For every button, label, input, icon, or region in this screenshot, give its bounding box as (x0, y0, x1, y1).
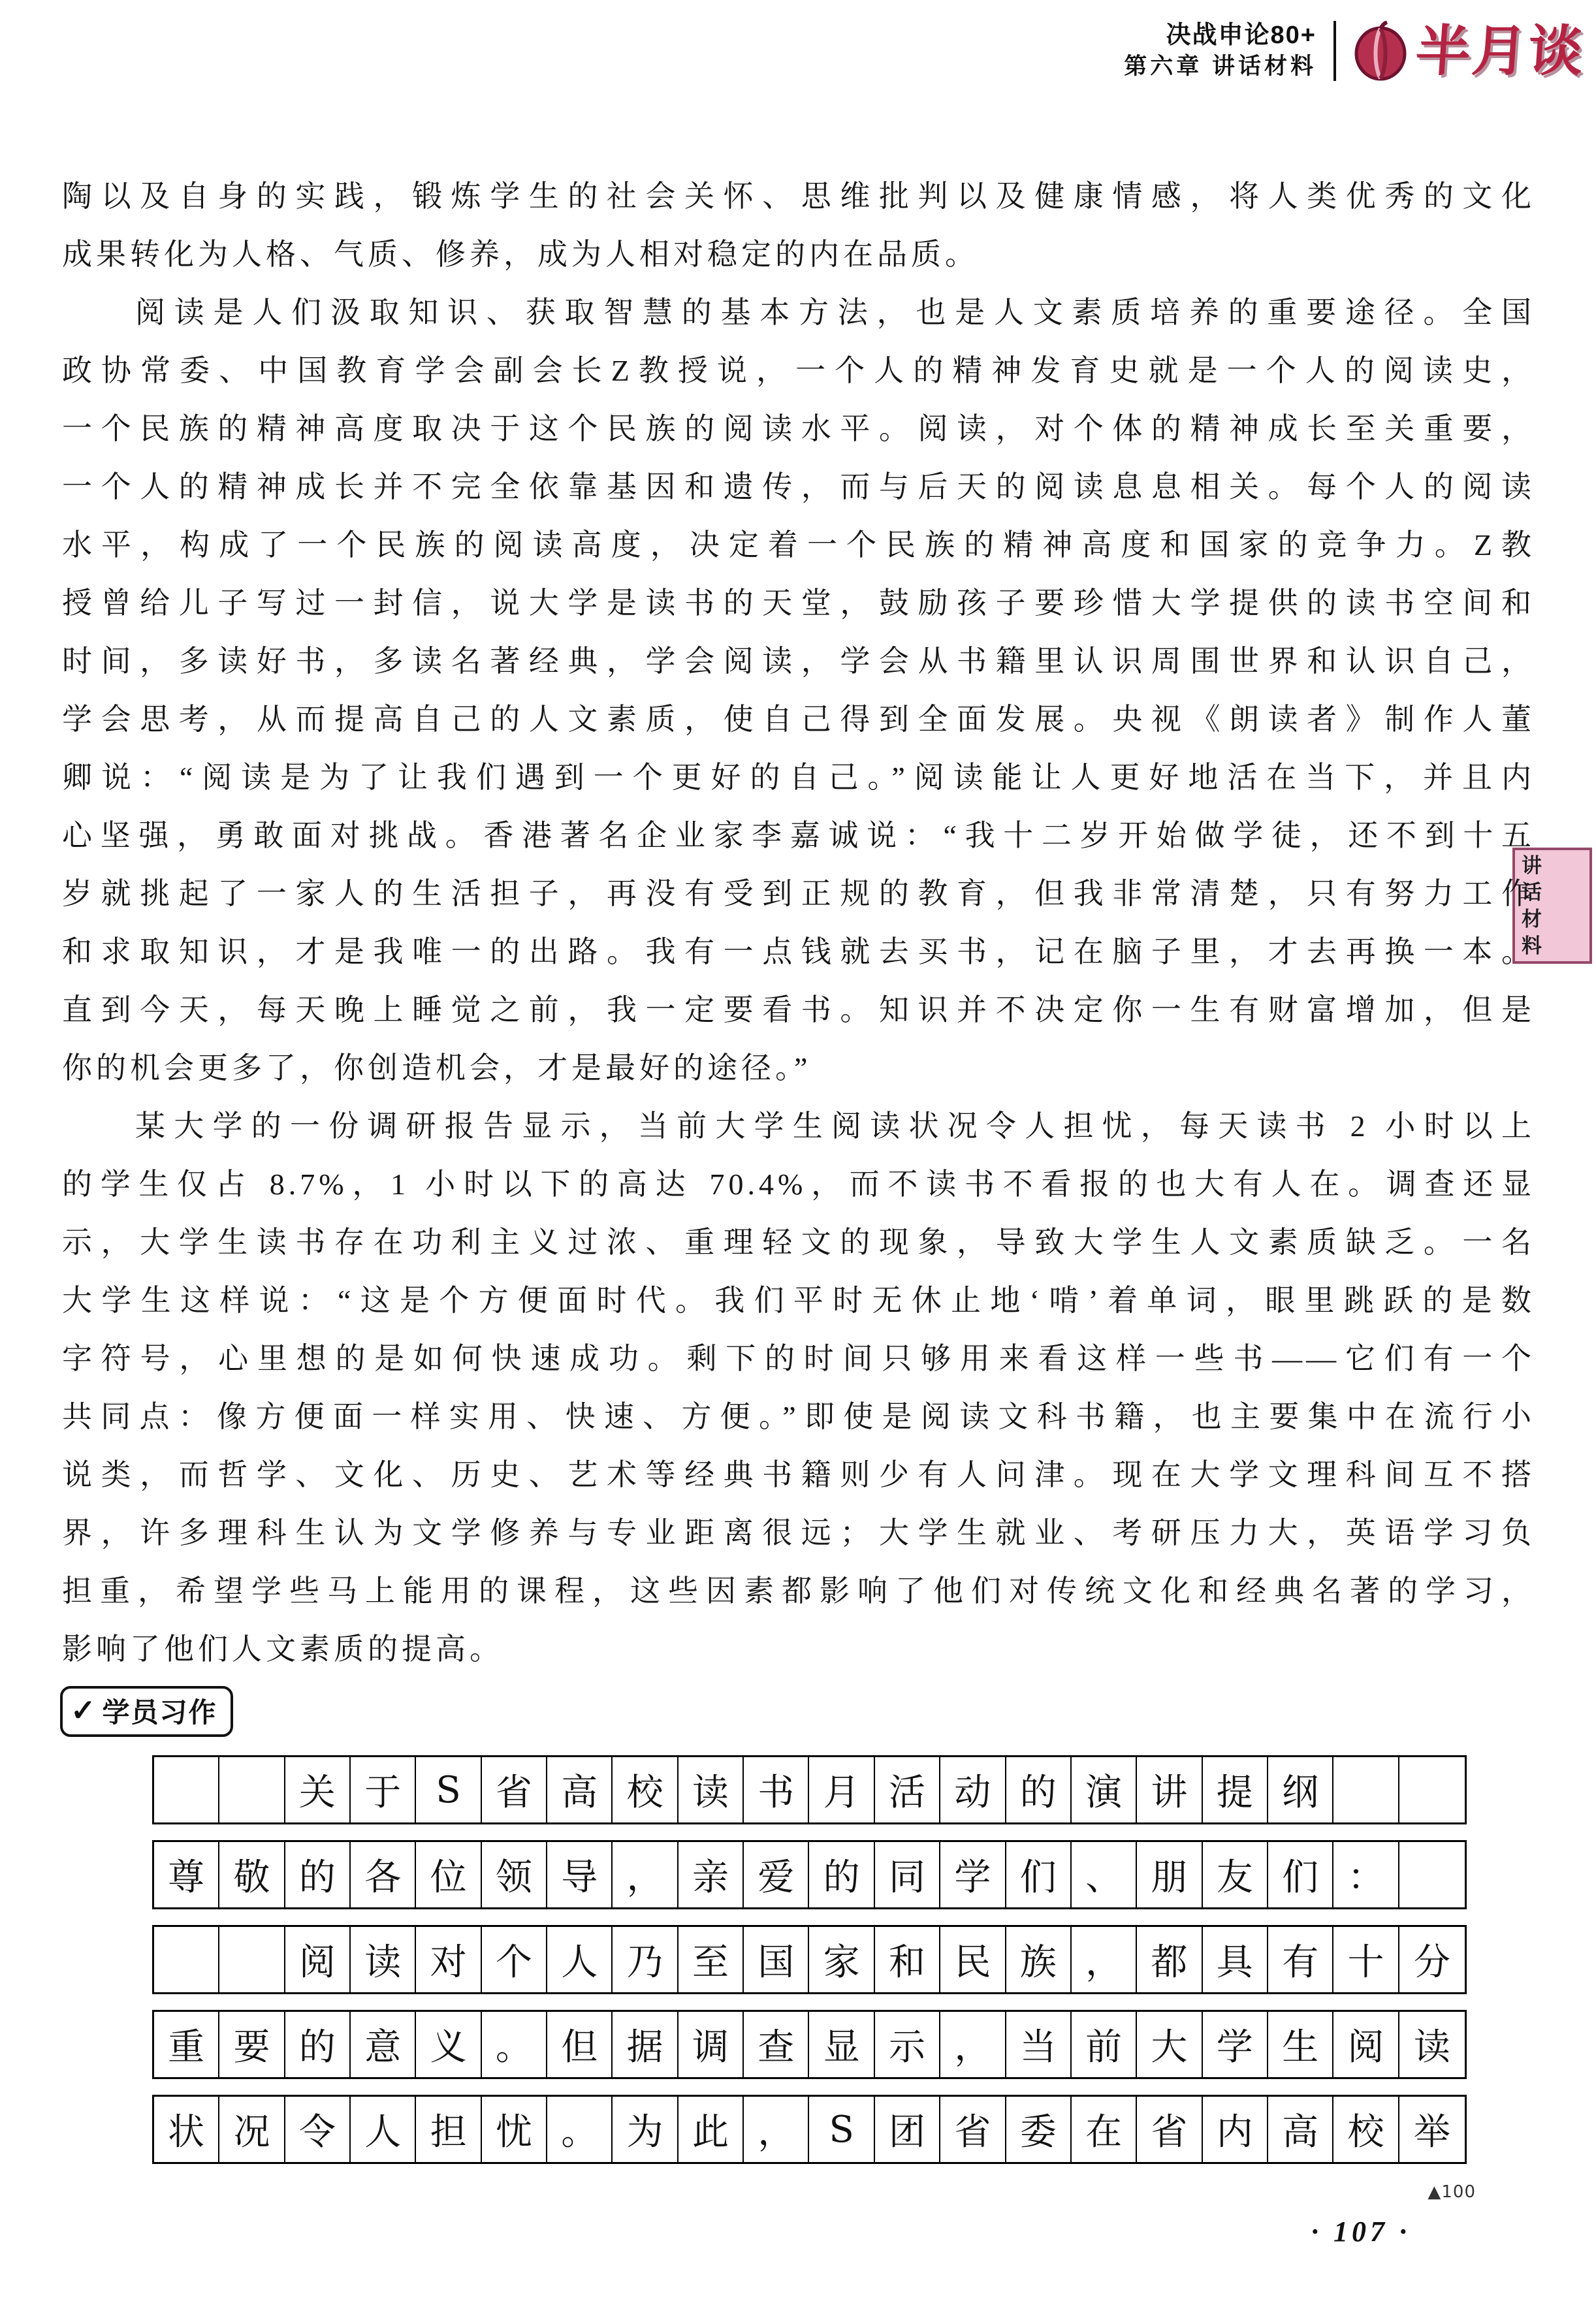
grid-cell: 举 (1399, 2097, 1465, 2162)
grid-cell: 据 (613, 2012, 678, 2077)
grid-cell: ， (744, 2097, 809, 2162)
body-line: 卿说：“阅读是为了让我们遇到一个更好的自己。”阅读能让人更好地活在当下，并且内 (62, 748, 1535, 806)
grid-cell: 为 (613, 2097, 678, 2162)
body-line: 心坚强，勇敢面对挑战。香港著名企业家李嘉诚说：“我十二岁开始做学徒，还不到十五 (62, 806, 1535, 865)
grid-cell: 在 (1072, 2097, 1137, 2162)
grid-cell: 学 (1203, 2012, 1268, 2077)
body-line: 政协常委、中国教育学会副会长Z教授说，一个人的精神发育史就是一个人的阅读史， (62, 342, 1535, 400)
grid-cell: 都 (1137, 1927, 1202, 1992)
grid-cell: ： (1333, 1842, 1399, 1907)
banyuetan-logo: 半月谈 (1353, 21, 1584, 81)
grid-cell: 。 (547, 2097, 613, 2162)
grid-cell: 的 (285, 1842, 351, 1907)
grid-cell: 状 (154, 2097, 219, 2162)
grid-cell: 人 (351, 2097, 416, 2162)
grid-cell: ， (613, 1842, 678, 1907)
grid-cell: 的 (285, 2012, 351, 2077)
header-text-block: 决战申论80+ 第六章 讲话材料 (1124, 20, 1317, 82)
grid-cell: 省 (482, 1757, 547, 1822)
grid-cell (1399, 1757, 1465, 1822)
header-divider (1333, 21, 1336, 81)
apple-logo-icon (1353, 21, 1408, 81)
grid-cell: 读 (678, 1757, 744, 1822)
grid-cell: 忧 (482, 2097, 547, 2162)
body-line: 陶以及自身的实践，锻炼学生的社会关怀、思维批判以及健康情感，将人类优秀的文化 (62, 167, 1535, 225)
grid-cell: 调 (678, 2012, 744, 2077)
grid-cell: 国 (744, 1927, 809, 1992)
grid-cell: 关 (285, 1757, 351, 1822)
body-line: 直到今天，每天晚上睡觉之前，我一定要看书。知识并不决定你一生有财富增加，但是 (62, 981, 1535, 1039)
grid-cell: 亲 (678, 1842, 744, 1907)
grid-cell: 家 (809, 1927, 874, 1992)
grid-cell: 各 (351, 1842, 416, 1907)
grid-cell: 前 (1072, 2012, 1137, 2077)
grid-row-1: 关于S省高校读书月活动的演讲提纲 (152, 1755, 1467, 1824)
grid-cell: 族 (1006, 1927, 1072, 1992)
grid-cell: 敬 (219, 1842, 285, 1907)
grid-cell: 省 (940, 2097, 1006, 2162)
grid-cell: 动 (940, 1757, 1006, 1822)
grid-cell (1399, 1842, 1465, 1907)
body-line: 一个民族的精神高度取决于这个民族的阅读水平。阅读，对个体的精神成长至关重要， (62, 400, 1535, 458)
grid-cell: 友 (1203, 1842, 1268, 1907)
grid-cell: 的 (1006, 1757, 1072, 1822)
grid-cell: 重 (154, 2012, 219, 2077)
grid-cell: 民 (940, 1927, 1006, 1992)
grid-cell: 意 (351, 2012, 416, 2077)
grid-cell: 团 (875, 2097, 940, 2162)
grid-cell: S (809, 2097, 874, 2162)
body-line: 示，大学生读书存在功利主义过浓、重理轻文的现象，导致大学生人文素质缺乏。一名 (62, 1213, 1535, 1271)
page-number: · 107 · (1311, 2215, 1411, 2248)
grid-cell: 校 (613, 1757, 678, 1822)
grid-cell: 十 (1333, 1927, 1399, 1992)
grid-cell: 、 (1072, 1842, 1137, 1907)
grid-cell: 分 (1399, 1927, 1465, 1992)
body-text: 陶以及自身的实践，锻炼学生的社会关怀、思维批判以及健康情感，将人类优秀的文化成果… (62, 167, 1535, 1678)
grid-cell: 们 (1268, 1842, 1333, 1907)
body-line: 时间，多读好书，多读名著经典，学会阅读，学会从书籍里认识周围世界和认识自己， (62, 632, 1535, 690)
body-line: 某大学的一份调研报告显示，当前大学生阅读状况令人担忧，每天读书 2 小时以上 (62, 1097, 1535, 1155)
grid-cell: 显 (809, 2012, 874, 2077)
grid-cell: 要 (219, 2012, 285, 2077)
body-line: 影响了他们人文素质的提高。 (62, 1620, 1535, 1678)
grid-cell: 查 (744, 2012, 809, 2077)
grid-row-2: 尊敬的各位领导，亲爱的同学们、朋友们： (152, 1840, 1467, 1909)
body-line: 说类，而哲学、文化、历史、艺术等经典书籍则少有人问津。现在大学文理科间互不搭 (62, 1446, 1535, 1504)
grid-cell: 担 (416, 2097, 481, 2162)
grid-cell: 校 (1333, 2097, 1399, 2162)
grid-cell: 此 (678, 2097, 744, 2162)
grid-cell (154, 1927, 219, 1992)
grid-cell (154, 1757, 219, 1822)
grid-cell: 书 (744, 1757, 809, 1822)
grid-cell: 令 (285, 2097, 351, 2162)
grid-cell: 具 (1203, 1927, 1268, 1992)
grid-cell: 省 (1137, 2097, 1202, 2162)
grid-cell: 读 (351, 1927, 416, 1992)
body-line: 一个人的精神成长并不完全依靠基因和遗传，而与后天的阅读息息相关。每个人的阅读 (62, 458, 1535, 516)
grid-cell (219, 1757, 285, 1822)
grid-cell: 提 (1203, 1757, 1268, 1822)
grid-row-3: 阅读对个人乃至国家和民族，都具有十分 (152, 1925, 1467, 1994)
grid-cell: 读 (1399, 2012, 1465, 2077)
grid-cell: 活 (875, 1757, 940, 1822)
grid-cell: 有 (1268, 1927, 1333, 1992)
grid-cell: 朋 (1137, 1842, 1202, 1907)
checkmark-icon: ✓ (71, 1694, 96, 1728)
grid-cell: ， (1072, 1927, 1137, 1992)
grid-cell: 对 (416, 1927, 481, 1992)
grid-cell: 高 (547, 1757, 613, 1822)
grid-cell: 尊 (154, 1842, 219, 1907)
body-line: 和求取知识，才是我唯一的出路。我有一点钱就去买书，记在脑子里，才去再换一本。 (62, 923, 1535, 981)
body-line: 水平，构成了一个民族的阅读高度，决定着一个民族的精神高度和国家的竞争力。Z教 (62, 516, 1535, 574)
body-line: 的学生仅占 8.7%，1 小时以下的高达 70.4%，而不读书不看报的也大有人在… (62, 1155, 1535, 1213)
grid-cell: 但 (547, 2012, 613, 2077)
body-line: 授曾给儿子写过一封信，说大学是读书的天堂，鼓励孩子要珍惜大学提供的读书空间和 (62, 574, 1535, 632)
grid-cell: 内 (1203, 2097, 1268, 2162)
grid-cell: 同 (875, 1842, 940, 1907)
page: 决战申论80+ 第六章 讲话材料 半月谈 讲话材料 陶以及自身的实践，锻炼学生的… (0, 0, 1596, 2322)
grid-cell: 的 (809, 1842, 874, 1907)
banyuetan-logo-text: 半月谈 (1414, 21, 1586, 81)
header-chapter: 第六章 讲话材料 (1124, 51, 1317, 82)
grid-cell: 于 (351, 1757, 416, 1822)
grid-cell: 月 (809, 1757, 874, 1822)
grid-cell: 讲 (1137, 1757, 1202, 1822)
grid-cell: 当 (1006, 2012, 1072, 2077)
grid-cell: 和 (875, 1927, 940, 1992)
grid-cell: 个 (482, 1927, 547, 1992)
grid-cell: 人 (547, 1927, 613, 1992)
grid-cell: 至 (678, 1927, 744, 1992)
grid-cell: 况 (219, 2097, 285, 2162)
grid-cell: S (416, 1757, 481, 1822)
grid-cell: 导 (547, 1842, 613, 1907)
manuscript-grid: 关于S省高校读书月活动的演讲提纲 尊敬的各位领导，亲爱的同学们、朋友们： 阅读对… (152, 1755, 1467, 2180)
student-work-badge: ✓ 学员习作 (60, 1686, 233, 1737)
char-count-marker: ▲100 (1428, 2182, 1476, 2202)
grid-cell: 。 (482, 2012, 547, 2077)
grid-cell (219, 1927, 285, 1992)
grid-cell (1333, 1757, 1399, 1822)
grid-cell: 乃 (613, 1927, 678, 1992)
grid-cell: 学 (940, 1842, 1006, 1907)
grid-cell: 阅 (285, 1927, 351, 1992)
grid-cell: ， (940, 2012, 1006, 2077)
body-line: 共同点：像方便面一样实用、快速、方便。”即使是阅读文科书籍，也主要集中在流行小 (62, 1388, 1535, 1446)
body-line: 成果转化为人格、气质、修养，成为人相对稳定的内在品质。 (62, 225, 1535, 283)
header-book-title: 决战申论80+ (1124, 20, 1317, 51)
page-header: 决战申论80+ 第六章 讲话材料 半月谈 (1124, 20, 1584, 82)
grid-cell: 阅 (1333, 2012, 1399, 2077)
grid-cell: 演 (1072, 1757, 1137, 1822)
body-line: 大学生这样说：“这是个方便面时代。我们平时无休止地‘啃’着单词，眼里跳跃的是数 (62, 1271, 1535, 1329)
grid-cell: 生 (1268, 2012, 1333, 2077)
grid-row-5: 状况令人担忧。为此，S团省委在省内高校举 (152, 2095, 1467, 2164)
grid-cell: 纲 (1268, 1757, 1333, 1822)
grid-cell: 位 (416, 1842, 481, 1907)
grid-cell: 们 (1006, 1842, 1072, 1907)
grid-cell: 高 (1268, 2097, 1333, 2162)
body-line: 担重，希望学些马上能用的课程，这些因素都影响了他们对传统文化和经典名著的学习， (62, 1562, 1535, 1620)
student-work-label: 学员习作 (103, 1691, 217, 1730)
grid-cell: 领 (482, 1842, 547, 1907)
body-line: 界，许多理科生认为文学修养与专业距离很远；大学生就业、考研压力大，英语学习负 (62, 1504, 1535, 1562)
grid-cell: 示 (875, 2012, 940, 2077)
grid-row-4: 重要的意义。但据调查显示，当前大学生阅读 (152, 2010, 1467, 2079)
body-line: 岁就挑起了一家人的生活担子，再没有受到正规的教育，但我非常清楚，只有努力工作 (62, 865, 1535, 923)
body-line: 你的机会更多了，你创造机会，才是最好的途径。” (62, 1039, 1535, 1097)
grid-cell: 爱 (744, 1842, 809, 1907)
grid-cell: 义 (416, 2012, 481, 2077)
grid-cell: 大 (1137, 2012, 1202, 2077)
body-line: 学会思考，从而提高自己的人文素质，使自己得到全面发展。央视《朗读者》制作人董 (62, 690, 1535, 748)
grid-cell: 委 (1006, 2097, 1072, 2162)
body-line: 字符号，心里想的是如何快速成功。剩下的时间只够用来看这样一些书——它们有一个 (62, 1329, 1535, 1388)
body-line: 阅读是人们汲取知识、获取智慧的基本方法，也是人文素质培养的重要途径。全国 (62, 283, 1535, 342)
